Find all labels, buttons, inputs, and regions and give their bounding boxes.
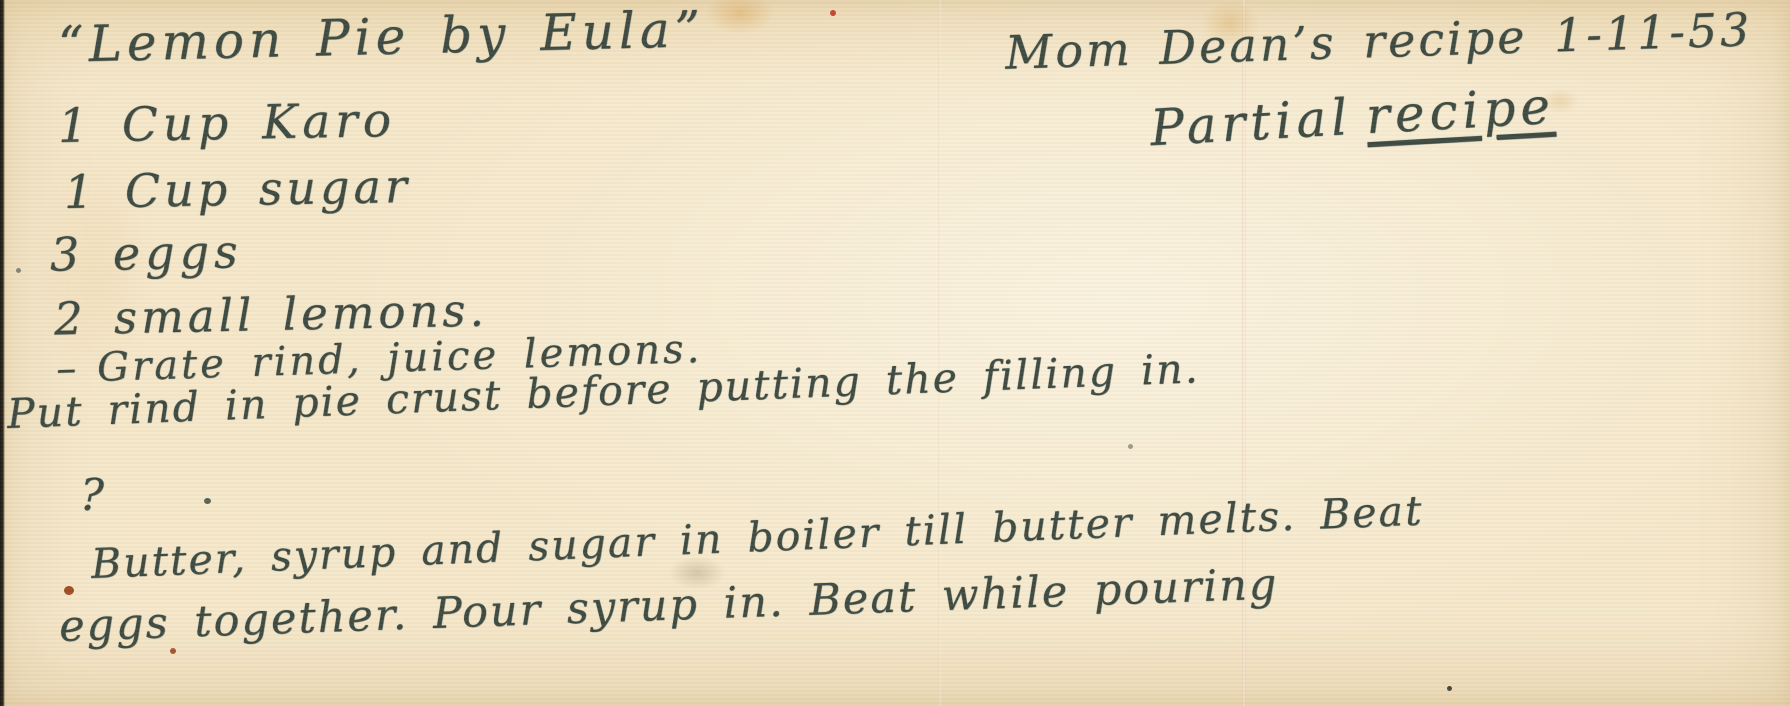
ink-speck [16,268,21,273]
ink-speck [1128,444,1133,449]
paper-stain [705,0,775,34]
recipe-attribution: Mom Dean’s recipe 1-11-53 [1004,2,1753,79]
recipe-note-word: Partial [1149,88,1354,157]
question-mark-annotation: ? [79,470,107,522]
margin-dash: – [55,345,79,392]
scan-edge-shadow [0,0,5,706]
ink-speck [1447,686,1452,691]
ink-speck [170,648,176,654]
ink-speck [830,10,836,16]
ink-speck [204,498,211,504]
recipe-card-scan: “Lemon Pie by Eula” Mom Dean’s recipe 1-… [0,0,1790,706]
ingredient-line: 1 Cup Karo [58,93,397,154]
recipe-title: “Lemon Pie by Eula” [57,0,706,74]
recipe-note: Partialrecipe [1149,77,1557,158]
ingredient-line: 3 eggs [50,224,244,281]
recipe-note-word-underlined: recipe [1364,77,1556,145]
ingredient-line: 1 Cup sugar [64,159,412,219]
ink-speck [64,586,74,595]
